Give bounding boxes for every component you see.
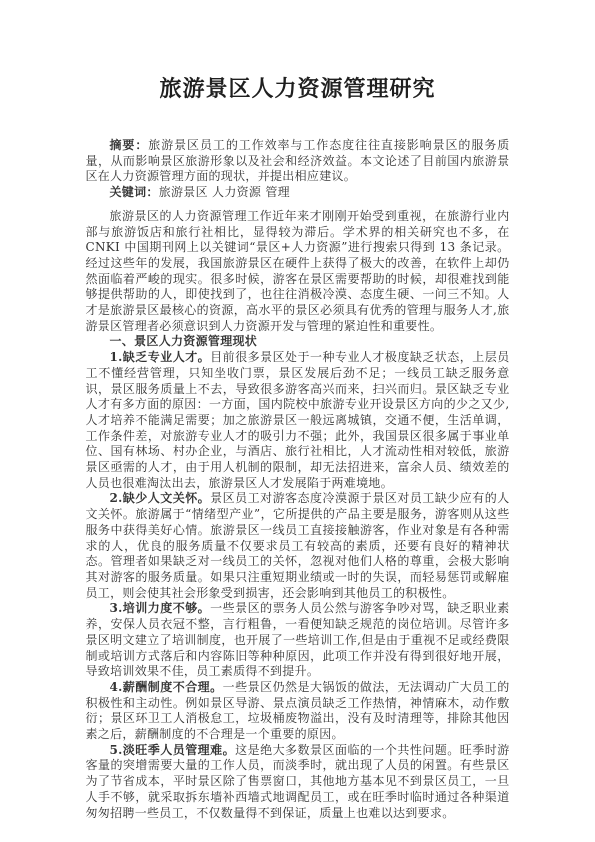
abstract-text: 旅游景区员工的工作效率与工作态度往往直接影响景区的服务质量，从而影响景区旅游形象… <box>86 138 510 183</box>
paper-body: 摘要：旅游景区员工的工作效率与工作态度往往直接影响景区的服务质量，从而影响景区旅… <box>86 138 510 821</box>
issue-3-lead: 3.培训力度不够。 <box>110 601 211 615</box>
issue-1-text: 目前很多景区处于一种专业人才极度缺乏状态，上层员工不懂经营管理，只知坐收门票，景… <box>86 350 510 490</box>
issue-1-lead: 1.缺乏专业人才。 <box>110 350 211 364</box>
issue-paragraph-5: 5.淡旺季人员管理难。这是绝大多数景区面临的一个共性问题。旺季时游客量的突增需要… <box>86 743 510 822</box>
issue-paragraph-1: 1.缺乏专业人才。目前很多景区处于一种专业人才极度缺乏状态，上层员工不懂经营管理… <box>86 350 510 491</box>
issue-paragraph-3: 3.培训力度不够。一些景区的票务人员公然与游客争吵对骂，缺乏职业素养，安保人员衣… <box>86 601 510 680</box>
keywords-paragraph: 关键词：旅游景区 人力资源 管理 <box>86 185 510 201</box>
issue-2-lead: 2.缺少人文关怀。 <box>110 491 211 505</box>
issue-4-lead: 4.薪酬制度不合理。 <box>110 680 223 694</box>
abstract-label: 摘要： <box>110 138 149 152</box>
issue-paragraph-4: 4.薪酬制度不合理。一些景区仍然是大锅饭的做法，无法调动广大员工的积极性和主动性… <box>86 680 510 743</box>
paper-page: 旅游景区人力资源管理研究 摘要：旅游景区员工的工作效率与工作态度往往直接影响景区… <box>0 0 595 842</box>
keywords-text: 旅游景区 人力资源 管理 <box>159 185 290 199</box>
paper-title: 旅游景区人力资源管理研究 <box>0 72 595 103</box>
intro-paragraph: 旅游景区的人力资源管理工作近年来才刚刚开始受到重视，在旅游行业内部与旅游饭店和旅… <box>86 209 510 335</box>
section-1-heading: 一、景区人力资源管理现状 <box>86 334 510 350</box>
keywords-label: 关键词： <box>110 185 159 199</box>
issue-5-lead: 5.淡旺季人员管理难。 <box>110 743 236 757</box>
issue-paragraph-2: 2.缺少人文关怀。景区员工对游客态度冷漠源于景区对员工缺少应有的人文关怀。旅游属… <box>86 491 510 601</box>
issue-2-text: 景区员工对游客态度冷漠源于景区对员工缺少应有的人文关怀。旅游属于“情绪型产业”，… <box>86 491 510 599</box>
abstract-paragraph: 摘要：旅游景区员工的工作效率与工作态度往往直接影响景区的服务质量，从而影响景区旅… <box>86 138 510 185</box>
